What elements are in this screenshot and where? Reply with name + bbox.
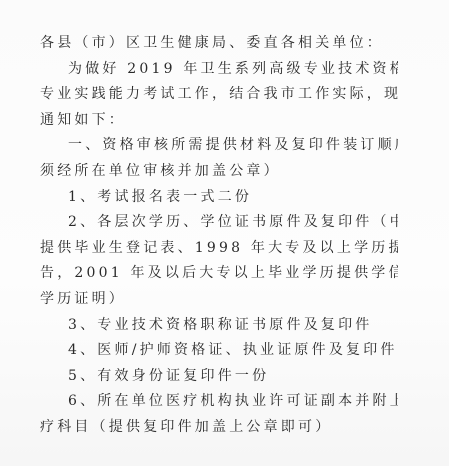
intro-line-2: 专业实践能力考试工作，结合我市工作实际，现将具体要求 (40, 82, 398, 108)
list-item-5: 5、有效身份证复印件一份 (40, 364, 398, 390)
list-item-2-line-2: 提供毕业生登记表、1998 年大专及以上学历提供学历认证报 (40, 236, 398, 262)
list-item-1: 1、考试报名表一式二份 (40, 185, 398, 211)
salutation: 各县（市）区卫生健康局、委直各相关单位： (40, 31, 398, 57)
list-item-4: 4、医师/护师资格证、执业证原件及复印件 (40, 338, 398, 364)
document-body: 各县（市）区卫生健康局、委直各相关单位： 为做好 2019 年卫生系列高级专业技… (40, 31, 398, 441)
list-item-2-line-3: 告，2001 年及以后大专以上毕业学历提供学信网带二维码的 (40, 261, 398, 287)
list-item-6-line-2: 疗科目（提供复印件加盖上公章即可） (40, 415, 398, 441)
document-page: 各县（市）区卫生健康局、委直各相关单位： 为做好 2019 年卫生系列高级专业技… (0, 0, 449, 466)
intro-line-1: 为做好 2019 年卫生系列高级专业技术资格专业知识和 (40, 57, 398, 83)
intro-line-3: 通知如下： (40, 108, 398, 134)
section-1-heading-line-2: 须经所在单位审核并加盖公章） (40, 159, 398, 185)
list-item-6-line-1: 6、所在单位医疗机构执业许可证副本并附上详细的诊 (40, 389, 398, 415)
list-item-2-line-4: 学历证明） (40, 287, 398, 313)
section-1-heading-line-1: 一、资格审核所需提供材料及复印件装订顺序（复印件 (40, 133, 398, 159)
list-item-2-line-1: 2、各层次学历、学位证书原件及复印件（中专毕业证 (40, 210, 398, 236)
list-item-3: 3、专业技术资格职称证书原件及复印件 (40, 313, 398, 339)
